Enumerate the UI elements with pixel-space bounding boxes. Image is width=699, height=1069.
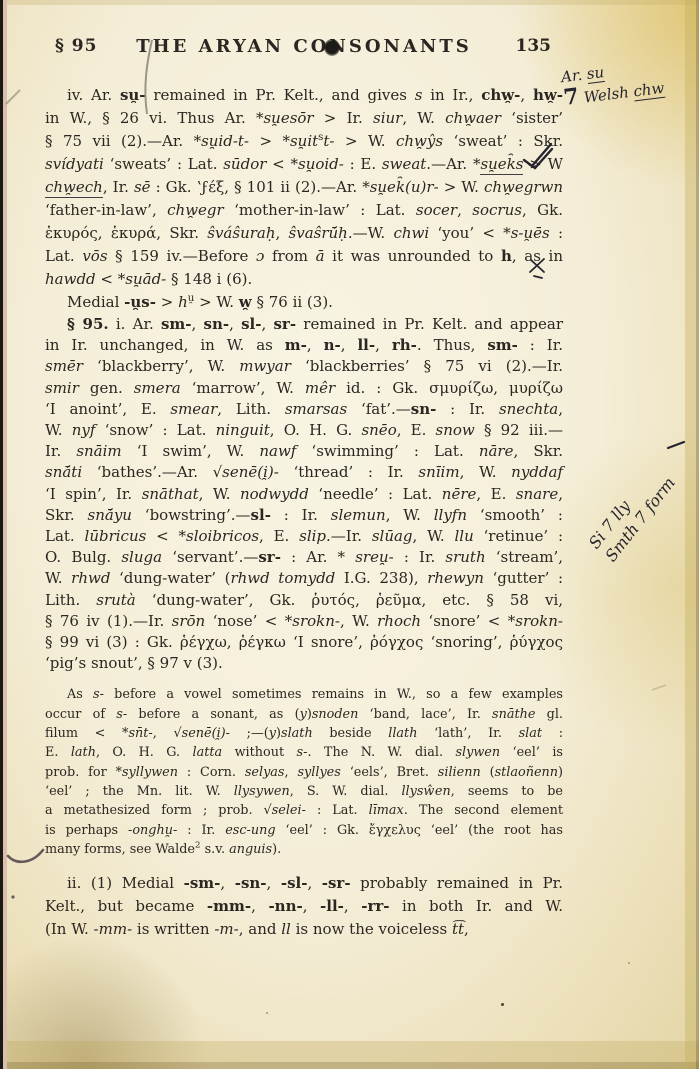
paragraph-ii: ii. (1) Medial -sm-, -sn-, -sl-, -sr- pr… — [45, 872, 563, 941]
text-line: ‘eel’ ; the Mn. lit. W. llysywen, S. W. … — [45, 782, 563, 801]
paragraph-smallprint: As s- before a vowel sometimes remains i… — [45, 685, 563, 859]
text-line: ἑκυρός, ἑκυρά, Skr. ŝváŝuraḥ, ŝvaŝrū́ḥ.—… — [45, 222, 563, 245]
paper-speck — [266, 1012, 268, 1014]
text-line: iv. Ar. su̯- remained in Pr. Kelt., and … — [45, 84, 563, 107]
text-line: Skr. snā́yu ‘bowstring’.—sl- : Ir. slemu… — [45, 505, 563, 526]
paragraph-95-i: § 95. i. Ar. sm-, sn-, sl-, sr- remained… — [45, 314, 563, 674]
text-line: ii. (1) Medial -sm-, -sn-, -sl-, -sr- pr… — [45, 872, 563, 895]
text-line: Ir. snāim ‘I swim’, W. nawf ‘swimming’ :… — [45, 441, 563, 462]
paragraph-medial: Medial -u̯s- > hu̯ > W. w̯ § 76 ii (3). — [45, 291, 563, 314]
pencil-faint-mark — [652, 685, 666, 690]
pen-dot — [11, 895, 14, 898]
text-line: is perhaps -onghu̯- : Ir. esc-ung ‘eel’ … — [45, 821, 563, 840]
text-line: As s- before a vowel sometimes remains i… — [45, 685, 563, 704]
text-line: chw̯ech, Ir. sē : Gk. ʽϝέξ, § 101 ii (2)… — [45, 176, 563, 199]
handwriting-dash — [668, 442, 684, 448]
handwritten-note-diagonal: Si 7 lly Smth 7 form — [584, 460, 680, 566]
text-line: filum < *sn̄t-, √senē(i̯)- ;—(y)slath be… — [45, 724, 563, 743]
text-line: many forms, see Walde2 s.v. anguis). — [45, 840, 563, 859]
text-line: occur of s- before a sonant, as (y)snode… — [45, 705, 563, 724]
paper-speck — [628, 962, 630, 964]
handwritten-note-top-right: Ar. su 7 Welsh chw — [560, 49, 699, 111]
text-line: Kelt., but became -mm-, -nn-, -ll-, -rr-… — [45, 895, 563, 918]
text-line: § 75 vii (2).—Ar. *su̯id-t- > *su̯itst- … — [45, 130, 563, 153]
pen-cup-mark — [8, 850, 43, 862]
text-line: hawdd < *su̯ād- § 148 i (6). — [45, 268, 563, 291]
text-line: Medial -u̯s- > hu̯ > W. w̯ § 76 ii (3). — [45, 291, 563, 314]
text-line: Lat. lūbricus < *sloibricos, E. slip.—Ir… — [45, 526, 563, 547]
text-line: in Ir. unchanged, in W. as m-, n-, ll-, … — [45, 335, 563, 356]
text-line: § 76 iv (1).—Ir. srōn ‘nose’ < *srokn-, … — [45, 611, 563, 632]
text-line: E. lath, O. H. G. latta without s-. The … — [45, 743, 563, 762]
text-line: (In W. -mm- is written -m-, and ll is no… — [45, 918, 563, 941]
text-block: iv. Ar. su̯- remained in Pr. Kelt., and … — [45, 84, 563, 941]
text-line: O. Bulg. sluga ‘servant’.—sr- : Ar. * sr… — [45, 547, 563, 568]
text-line: ‘I spin’, Ir. snāthat, W. nodwydd ‘needl… — [45, 484, 563, 505]
text-line: smir gen. smera ‘marrow’, W. mêr id. : G… — [45, 378, 563, 399]
page-header: § 95 THE ARYAN CONSONANTS 135 — [45, 36, 563, 60]
text-line: smēr ‘blackberry’, W. mwyar ‘blackberrie… — [45, 356, 563, 377]
text-line: svídyati ‘sweats’ : Lat. sūdor < *su̯oid… — [45, 153, 563, 176]
paragraph-iv: iv. Ar. su̯- remained in Pr. Kelt., and … — [45, 84, 563, 291]
text-line: Lat. vōs § 159 iv.—Before ɔ from ā it wa… — [45, 245, 563, 268]
running-title: THE ARYAN CONSONANTS — [45, 36, 563, 57]
page-number: 135 — [516, 36, 552, 56]
text-line: § 95. i. Ar. sm-, sn-, sl-, sr- remained… — [45, 314, 563, 335]
book-page: § 95 THE ARYAN CONSONANTS 135 iv. Ar. su… — [0, 0, 699, 1069]
text-line: in W., § 26 vi. Thus Ar. *su̯esōr > Ir. … — [45, 107, 563, 130]
text-line: W. nyf ‘snow’ : Lat. ninguit, O. H. G. s… — [45, 420, 563, 441]
text-line: a metathesized form ; prob. √selei- : La… — [45, 801, 563, 820]
text-line: prob. for *syllywen : Corn. selyas, syll… — [45, 763, 563, 782]
text-line: ‘I anoint’, E. smear, Lith. smarsas ‘fat… — [45, 399, 563, 420]
text-line: ‘pig’s snout’, § 97 v (3). — [45, 653, 563, 674]
paper-speck — [501, 1003, 504, 1006]
text-line: § 99 vi (3) : Gk. ῥέγχω, ῥέγκω ‘I snore’… — [45, 632, 563, 653]
text-line: Lith. srutà ‘dung-water’, Gk. ῥυτός, ῥεῦ… — [45, 590, 563, 611]
pencil-slash-left-margin — [6, 90, 20, 104]
text-line: snā́ti ‘bathes’.—Ar. √senē(i̯)- ‘thread’… — [45, 462, 563, 483]
text-line: W. rhwd ‘dung-water’ (rhwd tomydd I.G. 2… — [45, 568, 563, 589]
ink-blot — [324, 39, 340, 56]
text-line: ‘father-in-law’, chw̯egr ‘mother-in-law’… — [45, 199, 563, 222]
